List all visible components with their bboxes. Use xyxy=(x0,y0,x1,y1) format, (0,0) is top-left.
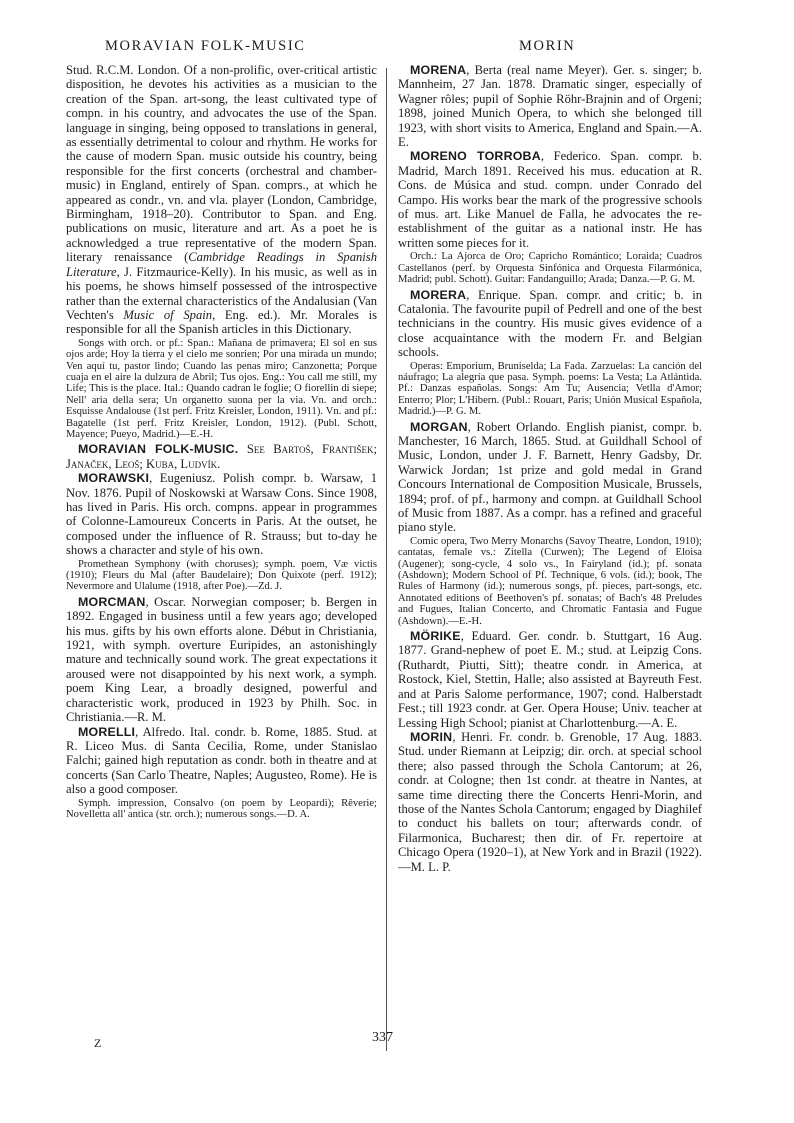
headword: MORELLI xyxy=(78,725,135,739)
headword: MORAVIAN FOLK-MUSIC. xyxy=(78,442,238,456)
headword: MORGAN xyxy=(410,420,468,434)
signature-mark: Z xyxy=(94,1036,101,1051)
running-head-right: MORIN xyxy=(519,38,575,55)
page-number: 337 xyxy=(372,1030,393,1046)
left-column: Stud. R.C.M. London. Of a non-prolific, … xyxy=(66,63,377,822)
entry-morcman: MORCMAN, Oscar. Norwegian composer; b. B… xyxy=(66,595,377,725)
headword: MORERA xyxy=(410,288,466,302)
entry-morena: MORENA, Berta (real name Meyer). Ger. s.… xyxy=(398,63,702,149)
works-list: Orch.: La Ajorca de Oro; Capricho Románt… xyxy=(398,251,702,285)
headword: MÖRIKE xyxy=(410,629,461,643)
entry-morera: MORERA, Enrique. Span. compr. and critic… xyxy=(398,288,702,360)
headword: MORIN xyxy=(410,730,452,744)
entry-morelli: MORELLI, Alfredo. Ital. condr. b. Rome, … xyxy=(66,725,377,797)
entry-morin: MORIN, Henri. Fr. condr. b. Grenoble, 17… xyxy=(398,730,702,874)
column-divider xyxy=(386,68,387,1051)
dictionary-page: MORAVIAN FOLK-MUSIC MORIN Stud. R.C.M. L… xyxy=(0,0,794,1123)
headword: MORENA xyxy=(410,63,466,77)
headword: MORENO TORROBA xyxy=(410,149,541,163)
works-list: Comic opera, Two Merry Monarchs (Savoy T… xyxy=(398,536,702,627)
entry-morgan: MORGAN, Robert Orlando. English pianist,… xyxy=(398,420,702,535)
entry-moravian-folk-music: MORAVIAN FOLK-MUSIC. See Bartoš, Františ… xyxy=(66,442,377,471)
entry-morike: MÖRIKE, Eduard. Ger. condr. b. Stuttgart… xyxy=(398,629,702,730)
works-list: Symph. impression, Consalvo (on poem by … xyxy=(66,798,377,821)
works-list: Promethean Symphony (with choruses); sym… xyxy=(66,559,377,593)
headword: MORCMAN xyxy=(78,595,145,609)
works-list: Operas: Emporium, Bruniselda; La Fada. Z… xyxy=(398,361,702,418)
entry-morawski: MORAWSKI, Eugeniusz. Polish compr. b. Wa… xyxy=(66,471,377,557)
headword: MORAWSKI xyxy=(78,471,149,485)
entry-moreno-torroba: MORENO TORROBA, Federico. Span. compr. b… xyxy=(398,149,702,250)
works-list: Songs with orch. or pf.: Span.: Mañana d… xyxy=(66,338,377,441)
right-column: MORENA, Berta (real name Meyer). Ger. s.… xyxy=(398,63,702,874)
continued-entry: Stud. R.C.M. London. Of a non-prolific, … xyxy=(66,63,377,337)
running-head-left: MORAVIAN FOLK-MUSIC xyxy=(105,38,306,55)
